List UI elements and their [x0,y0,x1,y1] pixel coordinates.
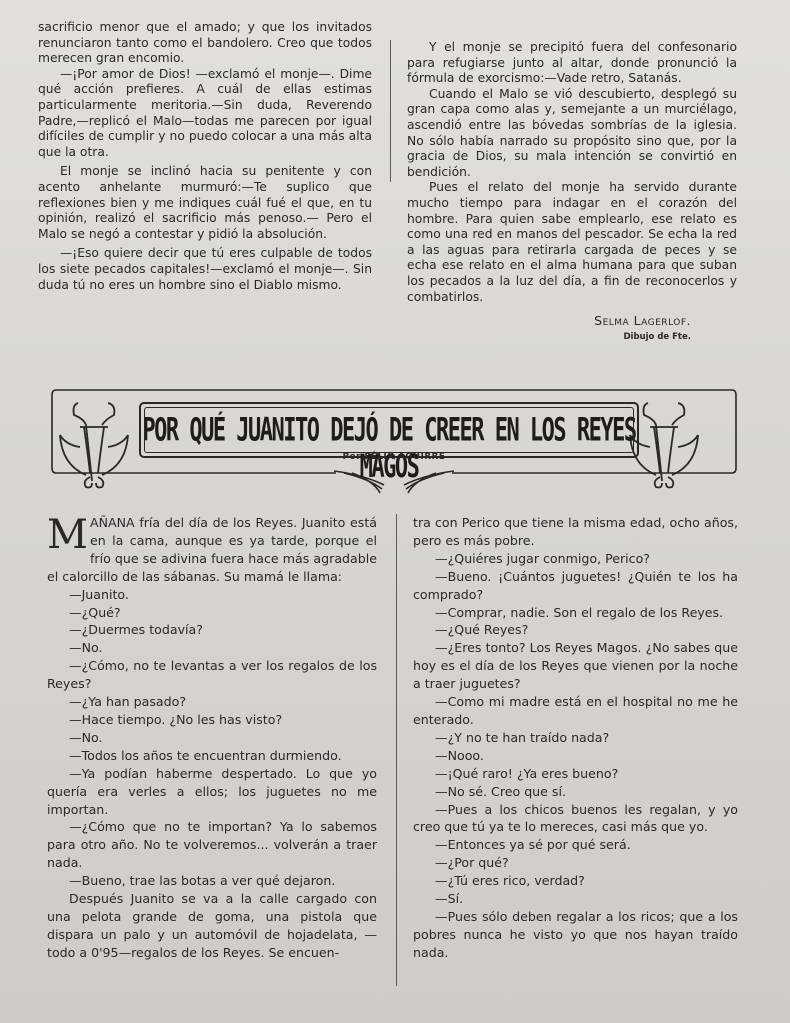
dialogue-line: —Hace tiempo. ¿No les has visto? [47,711,377,729]
dialogue-line: —No. [47,729,377,747]
paragraph: El monje se inclinó hacia su penitente y… [38,164,372,242]
dialogue-line: —Juanito. [47,586,377,604]
dialogue-line: —Bueno, trae las botas a ver qué dejaron… [47,872,377,890]
dialogue-line: —¿Ya han pasado? [47,693,377,711]
dialogue-line: —¿Cómo que no te importan? Ya lo sabemos… [47,818,377,872]
dialogue-line: —No. [47,639,377,657]
story-column-right: tra con Perico que tiene la misma edad, … [413,514,738,962]
dialogue-line: —Ya podían haberme despertado. Lo que yo… [47,765,377,819]
opening-paragraph: MAÑANA fría del día de los Reyes. Juanit… [47,514,377,586]
dialogue-line: —Como mi madre está en el hospital no me… [413,693,738,729]
dialogue-line: —Pues a los chicos buenos les regalan, y… [413,801,738,837]
dialogue-line: —¿Qué Reyes? [413,621,738,639]
paragraph: Y el monje se precipitó fuera del confes… [407,40,737,87]
article-title-banner: POR QUÉ JUANITO DEJÓ DE CREER EN LOS REY… [44,385,744,497]
story-column-left: MAÑANA fría del día de los Reyes. Juanit… [47,514,377,962]
dialogue-line: —Comprar, nadie. Son el regalo de los Re… [413,604,738,622]
dialogue-line: —Todos los años te encuentran durmiendo. [47,747,377,765]
paragraph: Pues el relato del monje ha servido dura… [407,180,737,305]
right-ornament [630,403,698,488]
article-column-top-left: sacrificio menor que el amado; y que los… [38,20,372,293]
article-byline: Por FÉLIX AGUIRRE [44,452,744,462]
article-column-top-right: Y el monje se precipitó fuera del confes… [407,20,737,345]
dialogue-line: —No sé. Creo que sí. [413,783,738,801]
dialogue-line: —Bueno. ¡Cuántos juguetes! ¿Quién te los… [413,568,738,604]
dialogue-line: —Pues sólo deben regalar a los ricos; qu… [413,908,738,962]
paragraph: sacrificio menor que el amado; y que los… [38,20,372,67]
opening-text: AÑANA fría del día de los Reyes. Juanito… [47,515,377,584]
dialogue-line: —Nooo. [413,747,738,765]
column-divider [390,40,391,182]
dialogue-line: —¡Qué raro! ¿Ya eres bueno? [413,765,738,783]
narrative-paragraph: Después Juanito se va a la calle cargado… [47,890,377,962]
dialogue-line: —¿Quiéres jugar conmigo, Perico? [413,550,738,568]
dialogue-line: —Entonces ya sé por qué será. [413,836,738,854]
title-box: POR QUÉ JUANITO DEJÓ DE CREER EN LOS REY… [139,402,639,458]
dialogue-line: —¿Tú eres rico, verdad? [413,872,738,890]
paragraph: Cuando el Malo se vió descubierto, despl… [407,87,737,181]
article-title: POR QUÉ JUANITO DEJÓ DE CREER EN LOS REY… [141,413,637,486]
dialogue-line: —¿Duermes todavía? [47,621,377,639]
dialogue-line: —¿Eres tonto? Los Reyes Magos. ¿No sabes… [413,639,738,693]
dialogue-line: —¿Cómo, no te levantas a ver los regalos… [47,657,377,693]
dialogue-line: —¿Por qué? [413,854,738,872]
left-ornament [60,403,128,488]
dialogue-line: —¿Y no te han traído nada? [413,729,738,747]
column-divider [396,514,397,986]
magazine-page: sacrificio menor que el amado; y que los… [0,0,790,1023]
continuation-text: tra con Perico que tiene la misma edad, … [413,514,738,550]
dialogue-line: —¿Qué? [47,604,377,622]
illustration-credit: Dibujo de Fte. [407,330,737,346]
author-signature: Selma Lagerlof. [407,313,737,329]
drop-cap: M [47,518,88,550]
paragraph: —¡Por amor de Dios! —exclamó el monje—. … [38,67,372,161]
dialogue-line: —Sí. [413,890,738,908]
paragraph: —¡Eso quiere decir que tú eres culpable … [38,246,372,293]
